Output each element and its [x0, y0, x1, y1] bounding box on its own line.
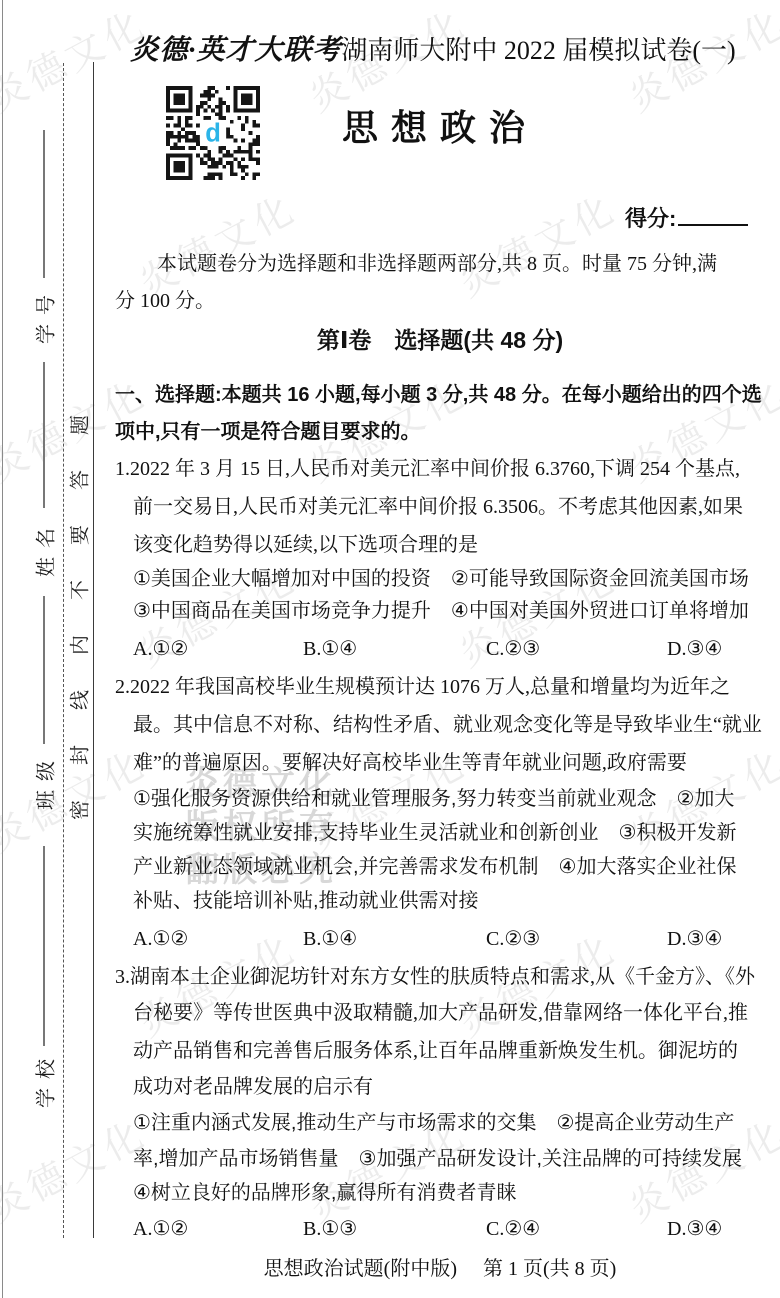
- question-3-line: 动产品销售和完善售后服务体系,让百年品牌重新焕发生机。御泥坊的: [133, 1039, 738, 1064]
- brand-series-title: 炎德·英才大联考: [130, 35, 341, 66]
- watermark-text: 炎德文化: [767, 548, 780, 677]
- question-2-line: 最。其中信息不对称、结构性矛盾、就业观念变化等是导致毕业生“就业: [133, 713, 762, 738]
- question-3-item: ①注重内涵式发展,推动生产与市场需求的交集 ②提高企业劳动生产: [133, 1111, 734, 1136]
- score-blank-line: [678, 202, 748, 226]
- question-1-item: ③中国商品在美国市场竞争力提升 ④中国对美国外贸进口订单将增加: [133, 599, 749, 624]
- seal-solid-line: [93, 62, 95, 1238]
- question-3-item: 率,增加产品市场销售量 ③加强产品研发设计,关注品牌的可持续发展: [133, 1147, 742, 1172]
- question-2-choice: C.②③: [486, 927, 540, 952]
- question-2-line: 难”的普遍原因。要解决好高校毕业生等青年就业问题,政府需要: [133, 751, 687, 776]
- question-1-item: ①美国企业大幅增加对中国的投资 ②可能导致国际资金回流美国市场: [133, 567, 749, 592]
- question-2-line: 2.2022 年我国高校毕业生规模预计达 1076 万人,总量和增量均为近年之: [115, 675, 730, 700]
- question-3-choice: A.①②: [133, 1217, 188, 1242]
- question-2-choice: B.①④: [303, 927, 357, 952]
- text-line: 本试题卷分为选择题和非选择题两部分,共 8 页。时量 75 分钟,满: [157, 252, 717, 277]
- footer-paper-name: 思想政治试题(附中版): [264, 1258, 457, 1280]
- instructions-line: 项中,只有一项是符合题目要求的。: [115, 420, 421, 445]
- student-number-label: 学号: [30, 286, 59, 344]
- page-edge-line: [2, 0, 3, 1298]
- question-3-choice: C.②④: [486, 1217, 540, 1242]
- watermark-text: 炎德文化: [767, 178, 780, 307]
- name-label: 姓名: [30, 519, 59, 577]
- question-2-choice: A.①②: [133, 927, 188, 952]
- watermark-text: 炎德文化: [127, 178, 305, 307]
- text-line: 分 100 分。: [115, 289, 215, 314]
- paper-header: 炎德·英才大联考湖南师大附中 2022 届模拟试卷(一): [100, 28, 766, 68]
- class-label: 班级: [30, 752, 59, 810]
- subject-title: 思想政治: [115, 100, 765, 151]
- student-number-blank: [43, 130, 45, 278]
- question-1-choice: C.②③: [486, 637, 540, 662]
- school-label: 学校: [30, 1050, 59, 1108]
- question-1-choice: A.①②: [133, 637, 188, 662]
- seal-line-text: 密封线内不要答题: [64, 380, 93, 820]
- question-1-line: 1.2022 年 3 月 15 日,人民币对美元汇率中间价报 6.3760,下调…: [115, 457, 740, 482]
- watermark-text: 炎德文化: [447, 178, 625, 307]
- question-3-item: ④树立良好的品牌形象,赢得所有消费者青睐: [133, 1181, 517, 1206]
- question-2-item: 产业新业态领域就业机会,并完善需求发布机制 ④加大落实企业社保: [133, 855, 737, 880]
- question-3-line: 台秘要》等传世医典中汲取精髓,加大产品研发,借靠网络一体化平台,推: [133, 1001, 748, 1026]
- question-3-choice: B.①③: [303, 1217, 357, 1242]
- score-label: 得分:: [625, 206, 676, 231]
- class-blank: [43, 596, 45, 744]
- exam-title: 湖南师大附中 2022 届模拟试卷(一): [341, 36, 735, 65]
- question-2-item: 补贴、技能培训补贴,推动就业供需对接: [133, 889, 479, 914]
- section-heading: 第Ⅰ卷 选择题(共 48 分): [115, 326, 765, 355]
- question-2-item: ①强化服务资源供给和就业管理服务,努力转变当前就业观念 ②加大: [133, 787, 734, 812]
- school-blank: [43, 846, 45, 1046]
- question-1-choice: B.①④: [303, 637, 357, 662]
- question-1-line: 前一交易日,人民币对美元汇率中间价报 6.3506。不考虑其他因素,如果: [133, 495, 743, 520]
- footer-page-number: 第 1 页(共 8 页): [483, 1258, 616, 1280]
- instructions-line: 一、选择题:本题共 16 小题,每小题 3 分,共 48 分。在每小题给出的四个…: [115, 383, 762, 408]
- question-3-line: 3.湖南本土企业御泥坊针对东方女性的肤质特点和需求,从《千金方》、《外: [115, 965, 755, 990]
- watermark-text: 炎德文化: [767, 918, 780, 1047]
- page-footer: 思想政治试题(附中版)第 1 页(共 8 页): [115, 1252, 765, 1281]
- name-blank: [43, 362, 45, 508]
- question-1-line: 该变化趋势得以延续,以下选项合理的是: [133, 533, 478, 558]
- question-1-choice: D.③④: [667, 637, 722, 662]
- score-field: 得分:: [625, 202, 748, 233]
- question-3-choice: D.③④: [667, 1217, 722, 1242]
- watermark-text: 炎德文化: [0, 1103, 155, 1232]
- question-2-item: 实施统筹性就业安排,支持毕业生灵活就业和创新创业 ③积极开发新: [133, 821, 737, 846]
- question-2-choice: D.③④: [667, 927, 722, 952]
- exam-paper-page: 炎德文化炎德文化炎德文化炎德文化炎德文化炎德文化炎德文化炎德文化炎德文化炎德文化…: [0, 0, 780, 1298]
- question-3-line: 成功对老品牌发展的启示有: [133, 1075, 373, 1100]
